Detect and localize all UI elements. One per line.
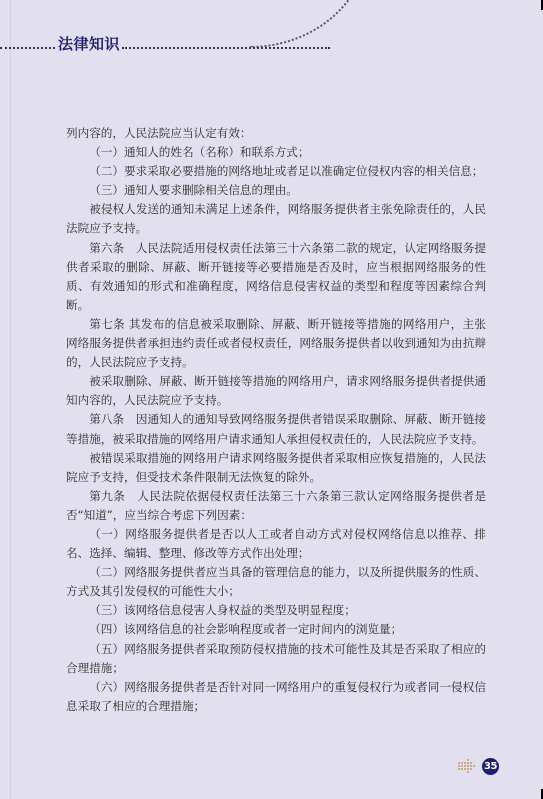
section-title: 法律知识 [56, 33, 122, 54]
paragraph: 被错误采取措施的网络用户请求网络服务提供者采取相应恢复措施的，人民法院应予支持，… [66, 449, 486, 487]
header-dotted-line-left [0, 47, 55, 49]
paragraph: 列内容的，人民法院应当认定有效： [66, 124, 486, 143]
paragraph: （二）要求采取必要措施的网络地址或者足以准确定位侵权内容的相关信息； [66, 162, 486, 181]
list-item: （二）网络服务提供者应当具备的管理信息的能力，以及所提供服务的性质、方式及其引发… [66, 563, 486, 601]
paragraph: 被采取删除、屏蔽、断开链接等措施的网络用户，请求网络服务提供者提供通知内容的，人… [66, 372, 486, 410]
paragraph: 被侵权人发送的通知未满足上述条件，网络服务提供者主张免除责任的，人民法院应予支持… [66, 200, 486, 238]
header-dotted-arc [250, 0, 370, 48]
article-8: 第八条 因通知人的通知导致网络服务提供者错误采取删除、屏蔽、断开链接等措施，被采… [66, 410, 486, 448]
list-item: （六）网络服务提供者是否针对同一网络用户的重复侵权行为或者同一侵权信息采取了相应… [66, 678, 486, 716]
body-text: 列内容的，人民法院应当认定有效： （一）通知人的姓名（名称）和联系方式； （二）… [66, 124, 486, 716]
list-item: （三）该网络信息侵害人身权益的类型及明显程度； [66, 601, 486, 620]
page-footer: 35 [457, 757, 499, 775]
paragraph: （三）通知人要求删除相关信息的理由。 [66, 181, 486, 200]
header-dotted-line-right [122, 47, 330, 49]
article-9: 第九条 人民法院依据侵权责任法第三十六条第三款认定网络服务提供者是否“知道”，应… [66, 487, 486, 525]
list-item: （一）网络服务提供者是否以人工或者自动方式对侵权网络信息以推荐、排名、选择、编辑… [66, 525, 486, 563]
list-item: （四）该网络信息的社会影响程度或者一定时间内的浏览量； [66, 620, 486, 639]
dotted-arrow-icon [457, 758, 479, 774]
list-item: （五）网络服务提供者采取预防侵权措施的技术可能性及其是否采取了相应的合理措施； [66, 640, 486, 678]
document-page: 法律知识 列内容的，人民法院应当认定有效： （一）通知人的姓名（名称）和联系方式… [0, 0, 543, 799]
margin-rule [10, 0, 11, 799]
article-7: 第七条 其发布的信息被采取删除、屏蔽、断开链接等措施的网络用户，主张网络服务提供… [66, 315, 486, 372]
article-6: 第六条 人民法院适用侵权责任法第三十六条第二款的规定，认定网络服务提供者采取的删… [66, 239, 486, 315]
page-number-badge: 35 [482, 758, 499, 775]
paragraph: （一）通知人的姓名（名称）和联系方式； [66, 143, 486, 162]
